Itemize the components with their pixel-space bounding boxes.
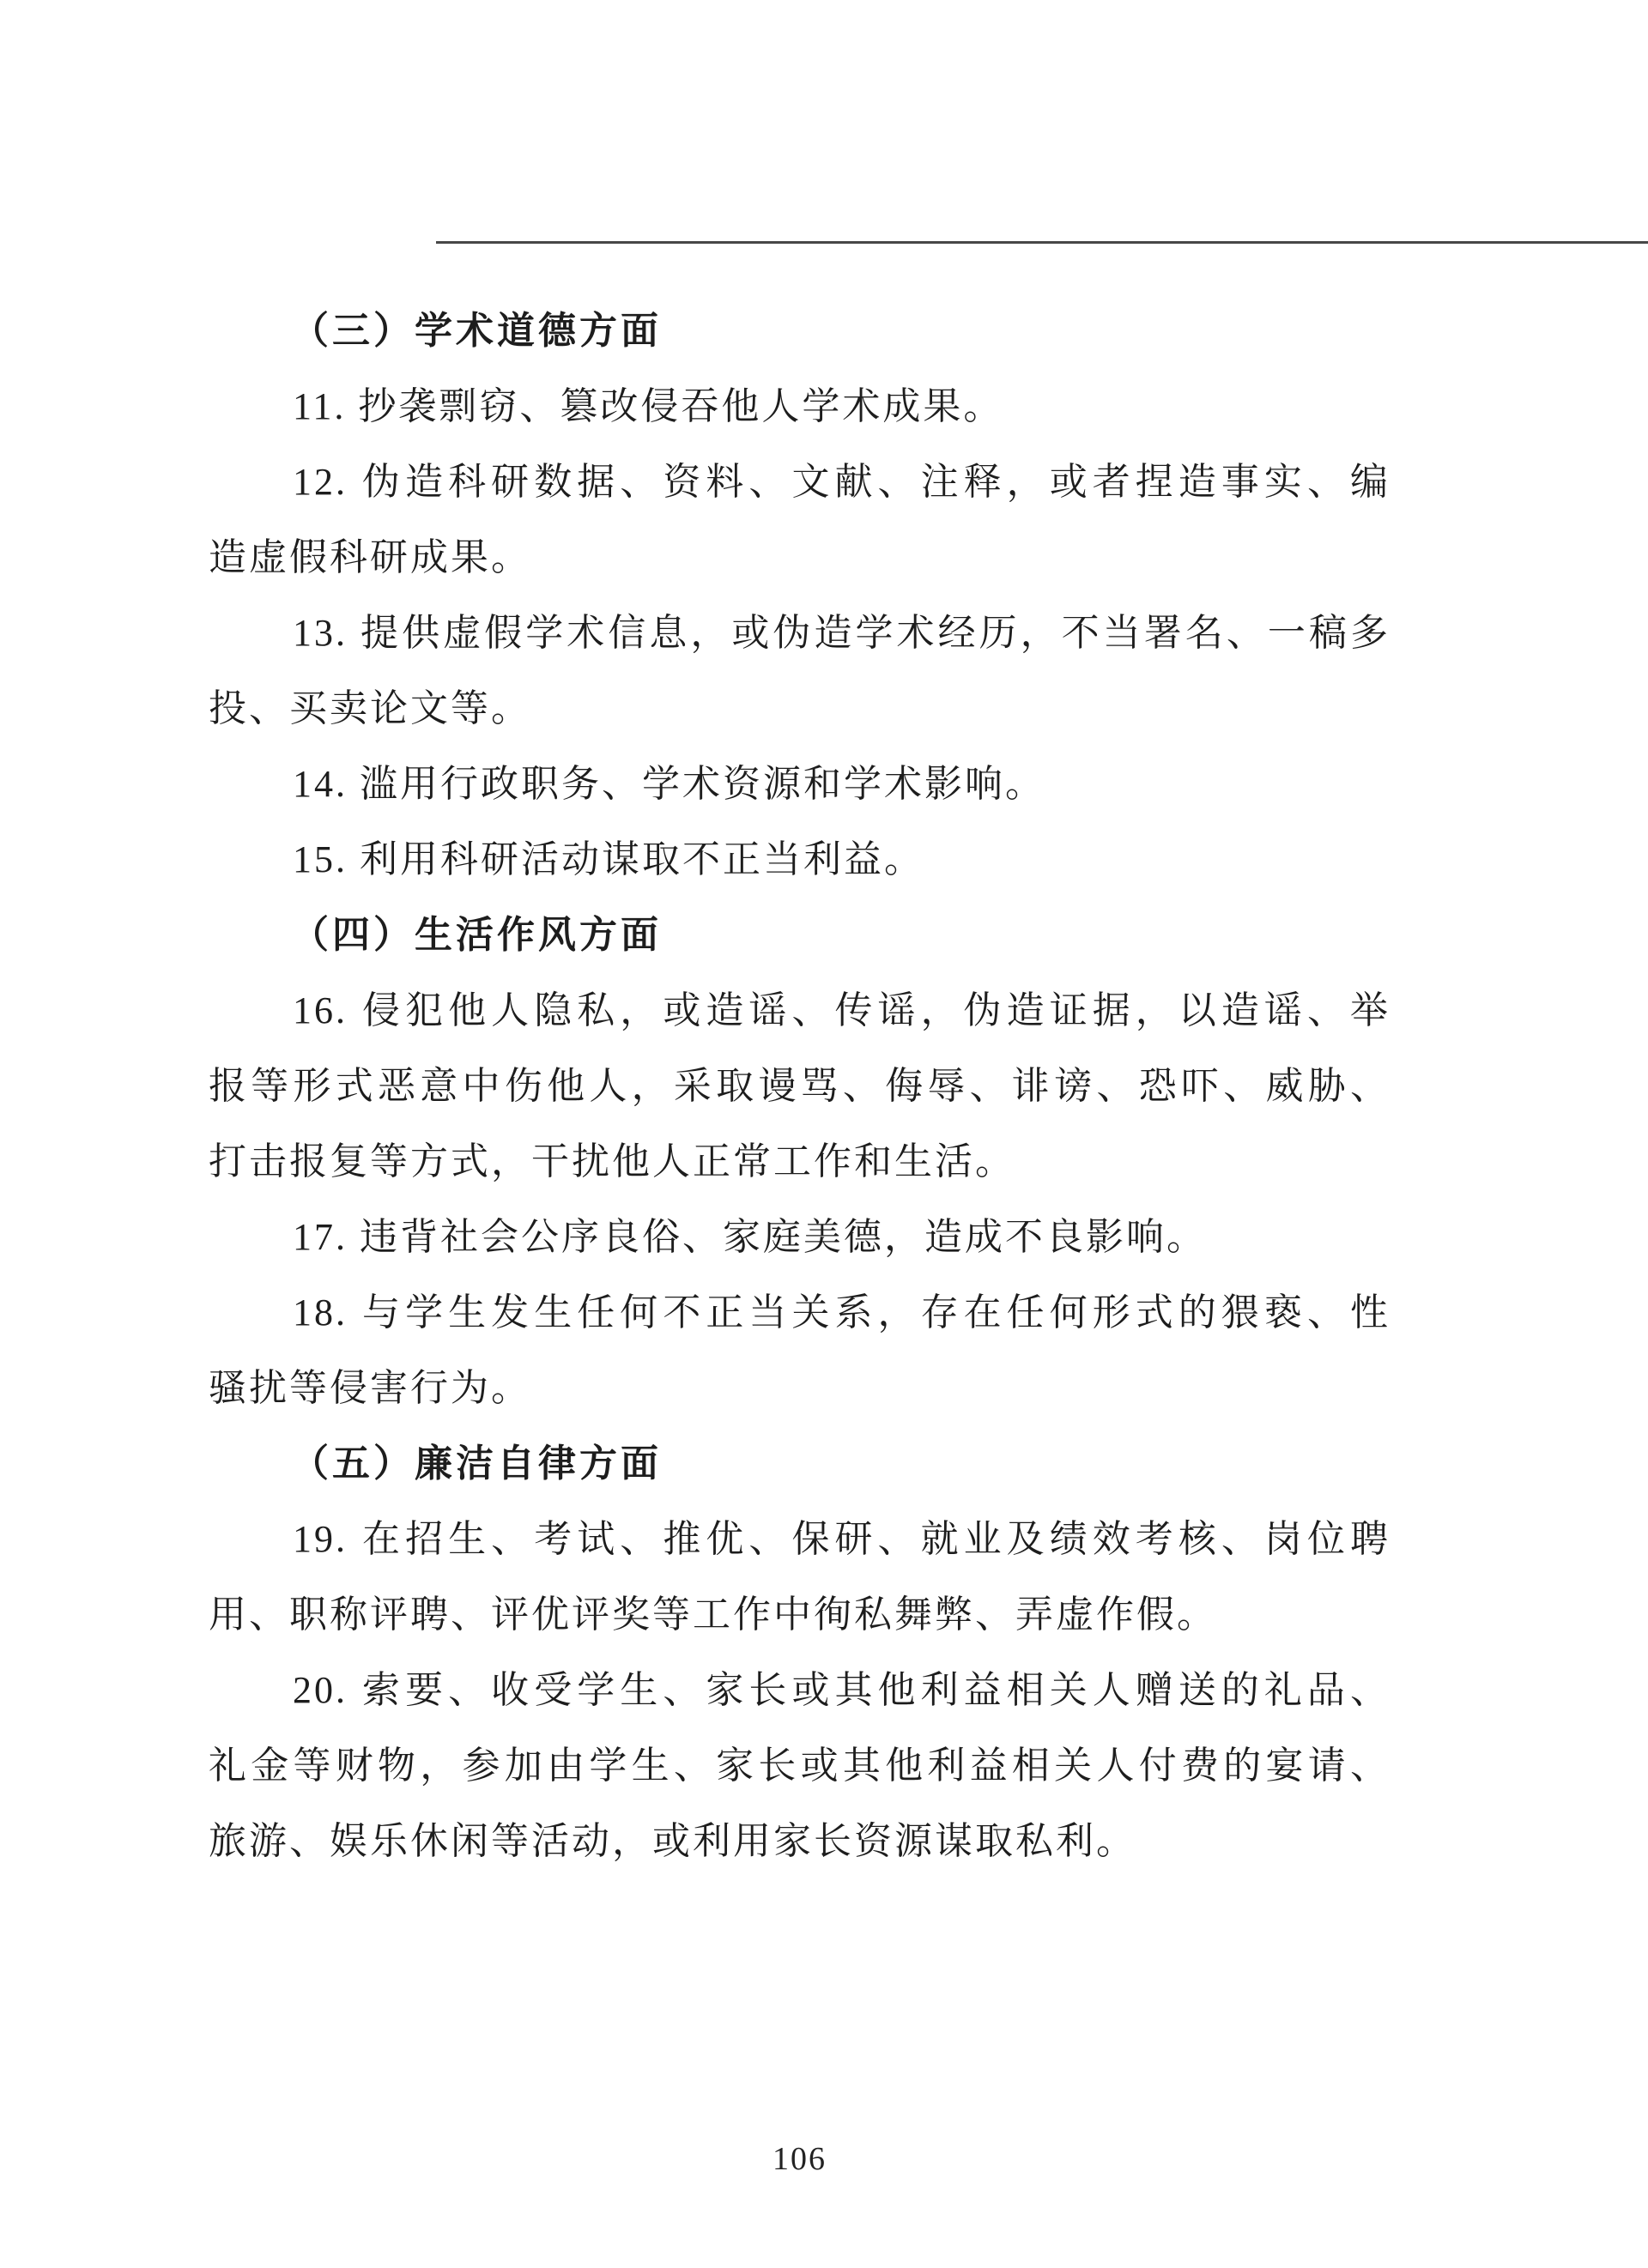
item-19: 19. 在招生、考试、推优、保研、就业及绩效考核、岗位聘 用、职称评聘、评优评奖… — [209, 1502, 1390, 1653]
section-lifestyle-conduct: （四）生活作风方面 16. 侵犯他人隐私，或造谣、传谣，伪造证据，以造谣、举 报… — [209, 898, 1390, 1426]
item-13: 13. 提供虚假学术信息，或伪造学术经历，不当署名、一稿多 投、买卖论文等。 — [209, 596, 1390, 747]
item-12: 12. 伪造科研数据、资料、文献、注释，或者捏造事实、编 造虚假科研成果。 — [209, 445, 1390, 596]
item-11: 11. 抄袭剽窃、篡改侵吞他人学术成果。 — [209, 369, 1390, 445]
section-heading-4: （四）生活作风方面 — [209, 898, 1390, 973]
item-20: 20. 索要、收受学生、家长或其他利益相关人赠送的礼品、 礼金等财物，参加由学生… — [209, 1653, 1390, 1879]
item-18: 18. 与学生发生任何不正当关系，存在任何形式的猥亵、性 骚扰等侵害行为。 — [209, 1275, 1390, 1426]
item-12-line-2: 造虚假科研成果。 — [209, 520, 1390, 596]
page-footer: 106 — [209, 2138, 1390, 2186]
page-number: 106 — [772, 2141, 827, 2177]
item-20-line-2: 礼金等财物，参加由学生、家长或其他利益相关人付费的宴请、 — [209, 1728, 1390, 1804]
section-academic-ethics: （三）学术道德方面 11. 抄袭剽窃、篡改侵吞他人学术成果。 12. 伪造科研数… — [209, 293, 1390, 898]
item-16-line-3: 打击报复等方式，干扰他人正常工作和生活。 — [209, 1124, 1390, 1200]
document-content: （三）学术道德方面 11. 抄袭剽窃、篡改侵吞他人学术成果。 12. 伪造科研数… — [209, 293, 1390, 1879]
item-19-line-2: 用、职称评聘、评优评奖等工作中徇私舞弊、弄虚作假。 — [209, 1577, 1390, 1653]
item-14-line-1: 14. 滥用行政职务、学术资源和学术影响。 — [209, 747, 1390, 822]
item-13-line-1: 13. 提供虚假学术信息，或伪造学术经历，不当署名、一稿多 — [209, 596, 1390, 671]
item-12-line-1: 12. 伪造科研数据、资料、文献、注释，或者捏造事实、编 — [209, 445, 1390, 520]
item-14: 14. 滥用行政职务、学术资源和学术影响。 — [209, 747, 1390, 822]
item-20-line-3: 旅游、娱乐休闲等活动，或利用家长资源谋取私利。 — [209, 1804, 1390, 1879]
item-13-line-2: 投、买卖论文等。 — [209, 671, 1390, 747]
item-17-line-1: 17. 违背社会公序良俗、家庭美德，造成不良影响。 — [209, 1200, 1390, 1275]
item-20-line-1: 20. 索要、收受学生、家长或其他利益相关人赠送的礼品、 — [209, 1653, 1390, 1728]
item-11-line-1: 11. 抄袭剽窃、篡改侵吞他人学术成果。 — [209, 369, 1390, 445]
item-16: 16. 侵犯他人隐私，或造谣、传谣，伪造证据，以造谣、举 报等形式恶意中伤他人，… — [209, 973, 1390, 1200]
item-16-line-2: 报等形式恶意中伤他人，采取谩骂、侮辱、诽谤、恐吓、威胁、 — [209, 1049, 1390, 1124]
header-rule — [436, 241, 1648, 244]
section-heading-5: （五）廉洁自律方面 — [209, 1426, 1390, 1502]
item-18-line-1: 18. 与学生发生任何不正当关系，存在任何形式的猥亵、性 — [209, 1275, 1390, 1351]
item-19-line-1: 19. 在招生、考试、推优、保研、就业及绩效考核、岗位聘 — [209, 1502, 1390, 1577]
item-17: 17. 违背社会公序良俗、家庭美德，造成不良影响。 — [209, 1200, 1390, 1275]
document-page: （三）学术道德方面 11. 抄袭剽窃、篡改侵吞他人学术成果。 12. 伪造科研数… — [0, 0, 1648, 2268]
item-15: 15. 利用科研活动谋取不正当利益。 — [209, 822, 1390, 898]
section-integrity-self-discipline: （五）廉洁自律方面 19. 在招生、考试、推优、保研、就业及绩效考核、岗位聘 用… — [209, 1426, 1390, 1879]
section-heading-3: （三）学术道德方面 — [209, 293, 1390, 369]
item-18-line-2: 骚扰等侵害行为。 — [209, 1351, 1390, 1426]
item-16-line-1: 16. 侵犯他人隐私，或造谣、传谣，伪造证据，以造谣、举 — [209, 973, 1390, 1049]
item-15-line-1: 15. 利用科研活动谋取不正当利益。 — [209, 822, 1390, 898]
